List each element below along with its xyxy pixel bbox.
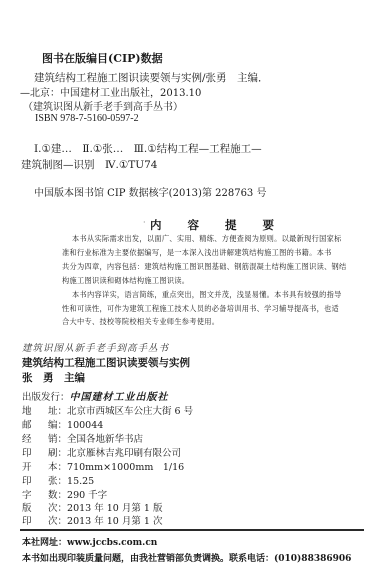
pub-key-2: 次	[48, 500, 58, 514]
pub-key-2: 次	[48, 513, 58, 527]
divider-rule	[20, 529, 364, 531]
book-series: 建筑识图从新手老手到高手丛书	[22, 340, 169, 354]
cip-classification-1: Ⅰ.①建… Ⅱ.①张… Ⅲ.①结构工程—工程施工—	[34, 141, 262, 156]
pub-info-row: 邮编：100044	[22, 417, 103, 431]
pub-key-1: 字	[22, 487, 48, 501]
pub-key-1: 印	[22, 513, 48, 527]
pub-value: 100044	[67, 420, 103, 431]
pub-info-row: 版次：2013 年 10 月第 1 版	[22, 500, 162, 514]
pub-value: 北京雁林吉兆印刷有限公司	[67, 448, 181, 459]
abstract-line: 性和可读性，可作为建筑工程施工技术人员的必备培训用书、学习辅导提高书，也适	[62, 304, 339, 314]
pub-key-1: 经	[22, 431, 48, 445]
cip-classification-2: 建筑制图—识别 Ⅳ.①TU74	[21, 157, 157, 172]
colon: ：	[58, 487, 68, 501]
pub-value: 北京市西城区车公庄大街 6 号	[67, 406, 193, 417]
pub-info-row: 字数：290 千字	[22, 487, 107, 501]
pub-key-2: 销	[48, 431, 58, 445]
abstract-line: 构施工图识读和砌体结构施工图识读。	[62, 276, 189, 286]
pub-value: 全国各地新华书店	[67, 434, 143, 445]
pub-key-2: 张	[48, 473, 58, 487]
colon: ：	[58, 445, 68, 459]
dot-mark: ·	[143, 218, 146, 227]
pub-key-1: 版	[22, 500, 48, 514]
footer-website: 本社网址：www.jccbs.com.cn	[22, 535, 157, 548]
cip-publisher-line: —北京：中国建材工业出版社，2013.10	[20, 84, 201, 99]
footer-quality-note: 本书如出现印装质量问题，由我社营销部负责调换。联系电话：(010)8838690…	[22, 551, 351, 564]
pub-value: 710mm×1000mm 1/16	[67, 462, 184, 473]
pub-info-row: 印次：2013 年 10 月第 1 次	[22, 513, 162, 527]
colon: ：	[58, 431, 68, 445]
pub-key-1: 邮	[22, 417, 48, 431]
pub-key-1: 印	[22, 445, 48, 459]
pub-value: 15.25	[67, 476, 94, 487]
colon: ：	[58, 403, 68, 417]
pub-key-1: 地	[22, 403, 48, 417]
pub-key-2: 本	[48, 459, 58, 473]
abstract-line: 准和行业标准为主要依据编写，是一本深入浅出讲解建筑结构施工图的书籍。本书	[62, 248, 332, 258]
pub-value: 2013 年 10 月第 1 次	[67, 516, 162, 527]
abstract-line: 本书从实际需求出发，以面广、实用、精练、方便查阅为原则。以最新现行国家标	[72, 234, 342, 244]
pub-key-1: 印	[22, 473, 48, 487]
cip-series-line: （建筑识图从新手老手到高手丛书）	[23, 98, 183, 113]
colon: ：	[58, 417, 68, 431]
colon: ：	[58, 500, 68, 514]
cip-isbn: ISBN 978-7-5160-0597-2	[35, 113, 139, 124]
colon: ：	[58, 473, 68, 487]
book-editor: 张 勇 主编	[22, 370, 85, 385]
pub-key-2: 编	[48, 417, 58, 431]
pub-info-row: 印张：15.25	[22, 473, 94, 487]
pub-key-1: 开	[22, 459, 48, 473]
pub-key-2: 数	[48, 487, 58, 501]
book-title: 建筑结构工程施工图识读要领与实例	[22, 355, 190, 370]
cip-heading: 图书在版编目(CIP)数据	[42, 50, 163, 66]
publisher-label: 出版发行：	[22, 392, 70, 403]
pub-info-row: 开本：710mm×1000mm 1/16	[22, 459, 184, 473]
pub-info-row: 地址：北京市西城区车公庄大街 6 号	[22, 403, 193, 417]
cip-number: 中国版本图书馆 CIP 数据核字(2013)第 228763 号	[34, 184, 266, 199]
abstract-line: 合大中专、技校等院校相关专业师生参考使用。	[62, 317, 219, 327]
publisher-name: 中国建材工业出版社	[70, 392, 169, 403]
publisher-row: 出版发行：中国建材工业出版社	[22, 388, 169, 403]
pub-info-row: 经销：全国各地新华书店	[22, 431, 143, 445]
pub-info-row: 印刷：北京雁林吉兆印刷有限公司	[22, 445, 181, 459]
abstract-line: 共分为四章，内容包括：建筑结构施工图识图基础、钢筋混凝土结构施工图识读、钢结	[62, 262, 347, 272]
abstract-heading: 内 容 提 要	[150, 217, 285, 233]
cip-title-line: 建筑结构工程施工图识读要领与实例/张勇 主编．	[34, 70, 269, 85]
pub-key-2: 址	[48, 403, 58, 417]
abstract-line: 本书内容详实，语言简练，重点突出，图文并茂，浅显易懂。本书具有较强的指导	[72, 290, 342, 300]
pub-key-2: 刷	[48, 445, 58, 459]
colon: ：	[58, 459, 68, 473]
colon: ：	[58, 513, 68, 527]
